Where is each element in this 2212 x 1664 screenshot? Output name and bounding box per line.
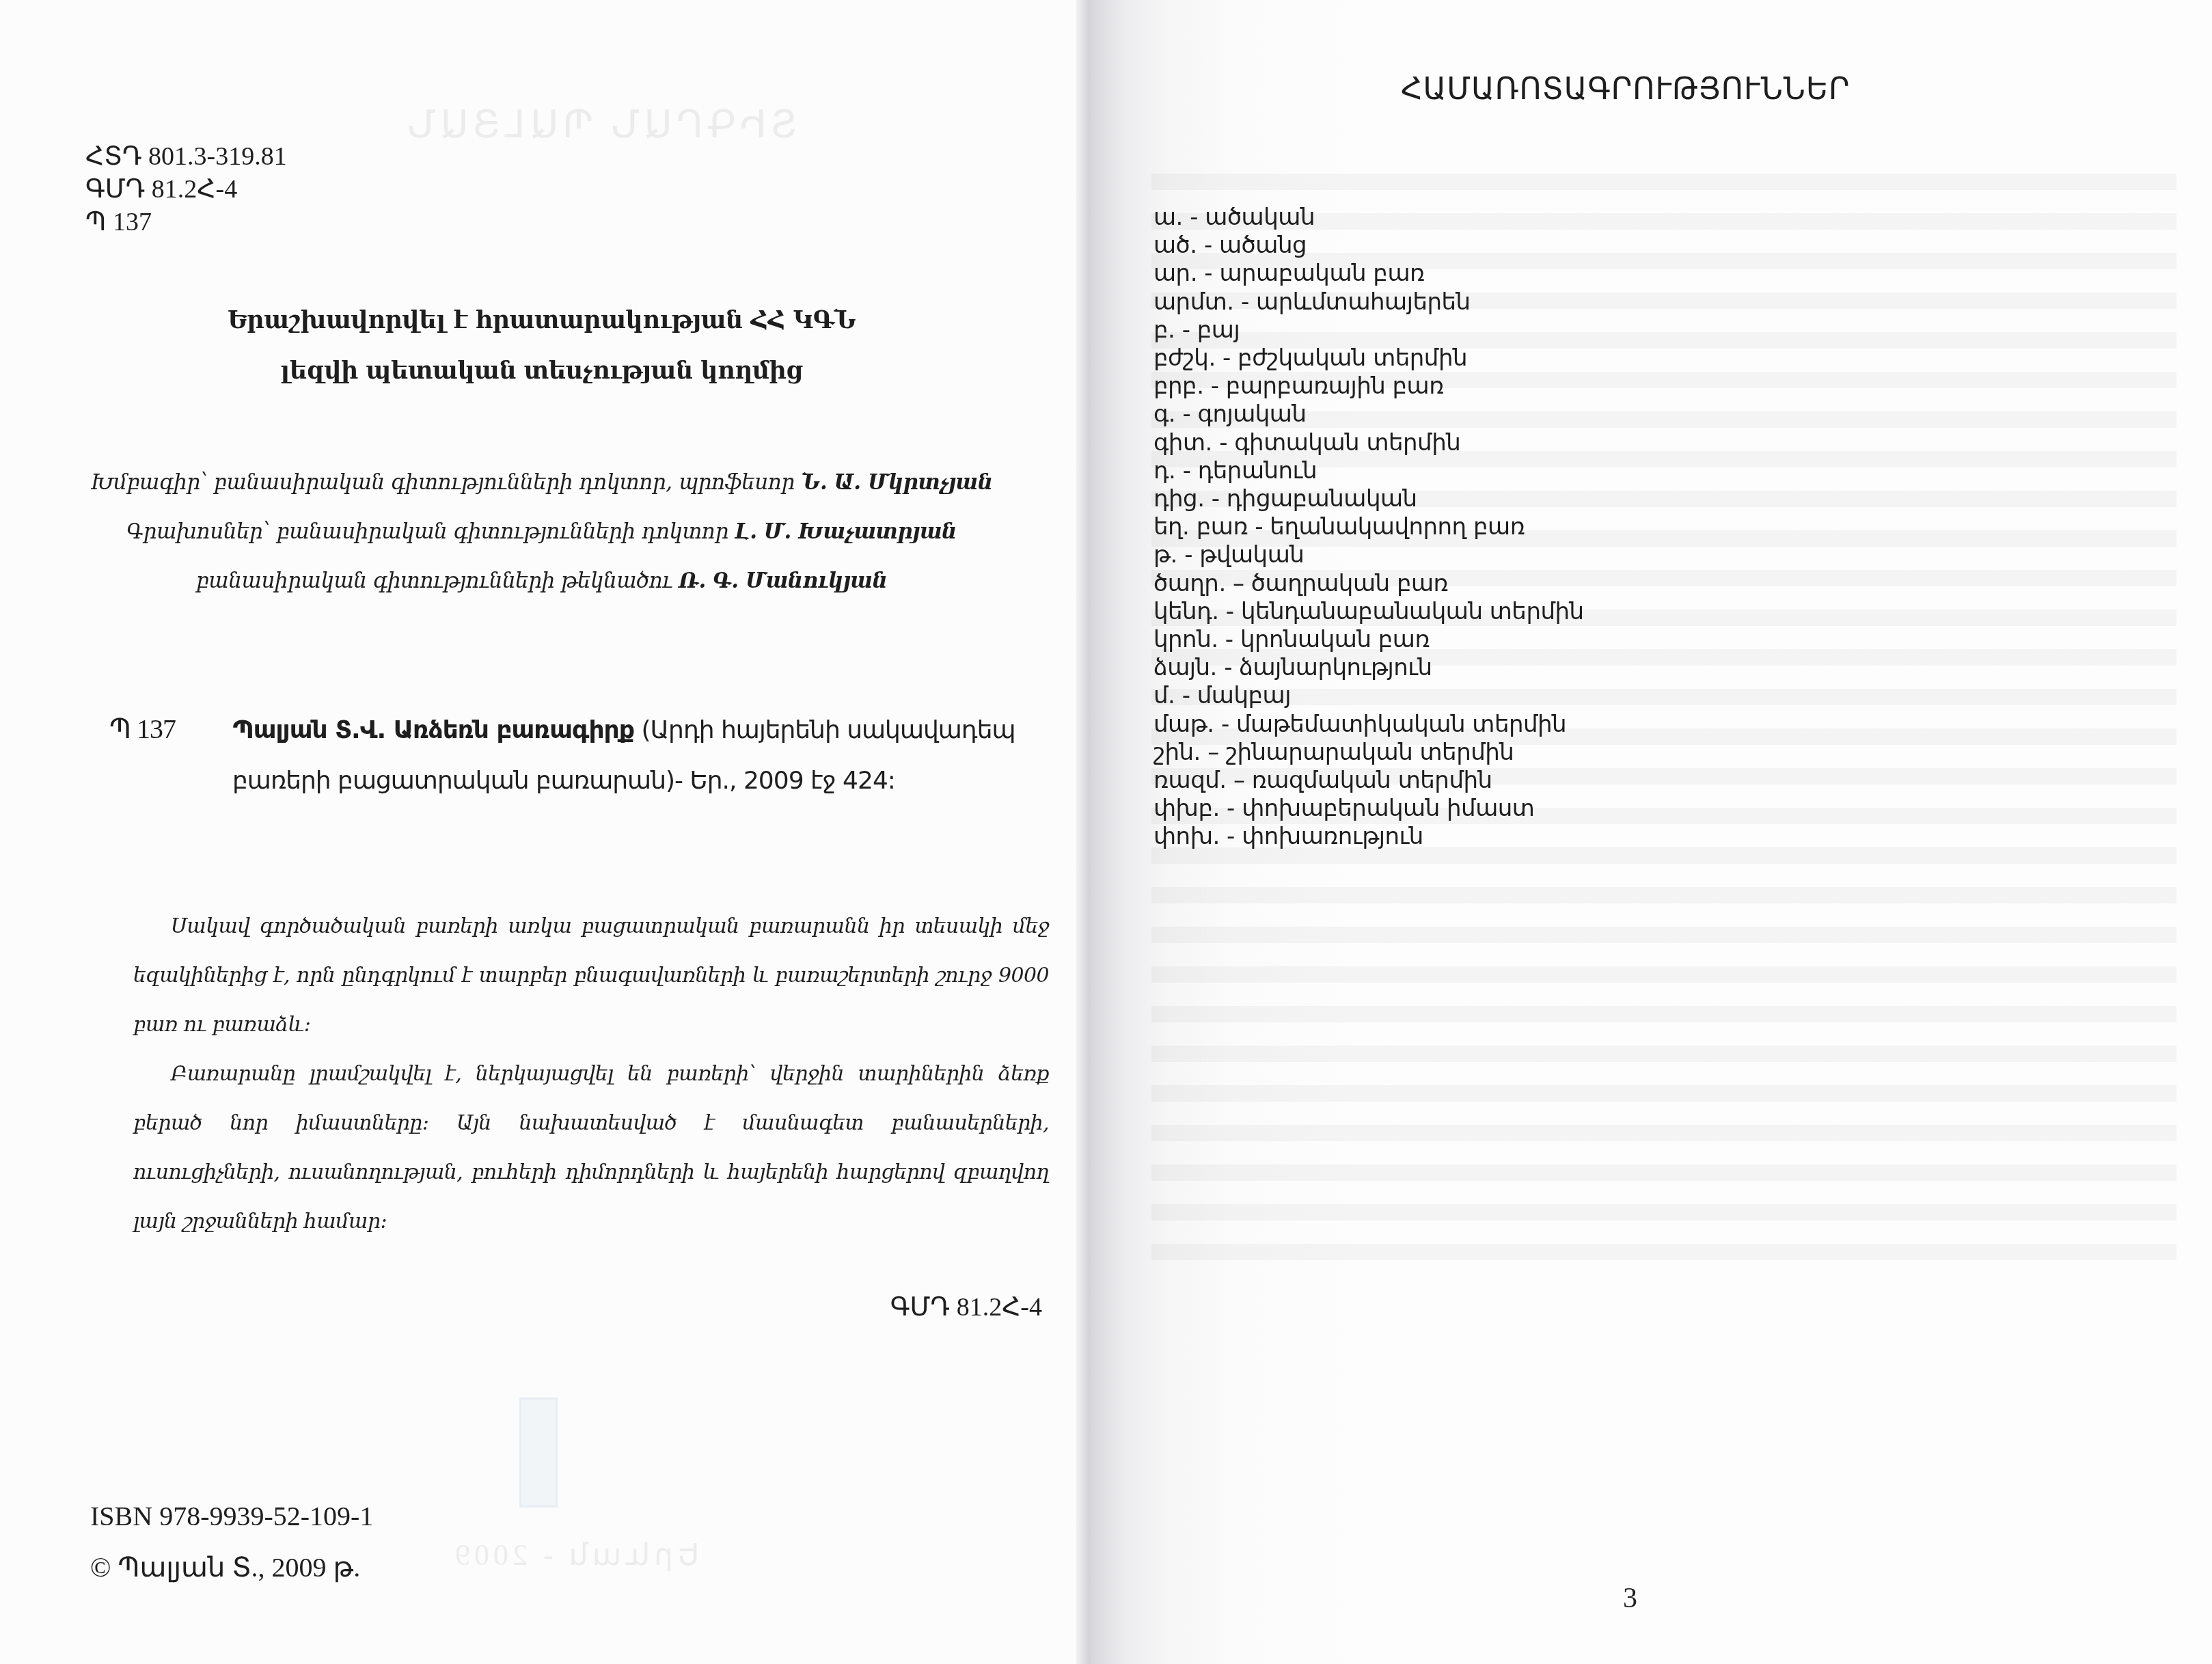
approval-line-1: Երաշխավորվել է հրատարակության ՀՀ ԿԳՆ	[0, 295, 1083, 346]
publisher-logo-bleed	[519, 1397, 558, 1508]
abbreviation: բ.	[1153, 316, 1175, 344]
abbreviation-item: բժշկ. - բժշկական տերմին	[1153, 344, 1584, 372]
abbreviation-item: ա. - ածական	[1153, 204, 1584, 232]
abbreviation-item: մաթ. - մաթեմատիկական տերմին	[1153, 711, 1584, 739]
abbreviation-meaning: փոխառություն	[1242, 823, 1423, 850]
reviewers-label: Գրախոսներ՝ բանասիրական գիտությունների դո…	[126, 519, 728, 544]
abbreviation-meaning: ծաղրական բառ	[1251, 570, 1448, 597]
page-number: 3	[1623, 1582, 1637, 1615]
abbreviation-dash: -	[1204, 485, 1226, 513]
abbreviation: գիտ.	[1153, 429, 1212, 456]
abbreviation-meaning: եղանակավորող բառ	[1270, 513, 1525, 541]
abbreviation-dash: -	[1248, 513, 1270, 541]
abbreviation-meaning: ձայնարկություն	[1239, 654, 1432, 681]
udc-code: ՀՏԴ 801.3-319.81	[85, 140, 287, 173]
abbreviation: մ.	[1153, 682, 1175, 709]
abbreviation-meaning: ածանց	[1219, 232, 1307, 259]
abbreviation: ար.	[1153, 260, 1197, 287]
abbreviations-heading: ՀԱՄԱՌՈՏԱԳՐՈՒԹՅՈՒՆՆԵՐ	[1401, 72, 1851, 107]
abbreviation-item: ար. - արաբական բառ	[1153, 260, 1584, 288]
abbreviation: դ.	[1153, 457, 1175, 485]
abbreviation: փոխ.	[1153, 823, 1220, 850]
abbreviation-dash: -	[1175, 682, 1197, 709]
bbk-code: ԳՄԴ 81.2Հ-4	[85, 173, 287, 206]
abbreviation-dash: -	[1212, 429, 1234, 456]
annotation: Սակավ գործածական բառերի առկա բացատրական …	[133, 902, 1049, 1246]
citation-code: Պ 137	[109, 704, 226, 754]
abbreviation-item: կենդ. - կենդանաբանական տերմին	[1153, 598, 1584, 626]
abbreviation-item: փխբ. - փոխաբերական իմաստ	[1153, 795, 1584, 823]
abbreviation-item: արմտ. - արևմտահայերեն	[1153, 288, 1584, 316]
copyright: © Պալյան Տ., 2009 թ.	[90, 1551, 360, 1583]
abbreviation-meaning: մաթեմատիկական տերմին	[1236, 711, 1566, 738]
abbreviations-list: ա. - ածականած. - ածանցար. - արաբական բառ…	[1153, 204, 1584, 851]
abbreviation: ձայն.	[1153, 654, 1217, 681]
abbreviation: կրոն.	[1153, 626, 1218, 653]
abbreviation-item: դ. - դերանուն	[1153, 457, 1584, 485]
abbreviation-meaning: կրոնական բառ	[1240, 626, 1430, 653]
abbreviation-dash: -	[1220, 795, 1242, 822]
abbreviation: ռազմ.	[1153, 767, 1227, 794]
abbreviation-meaning: դիցաբանական	[1227, 485, 1417, 513]
reviewer-2-credit: բանասիրական գիտությունների թեկնածու Ռ. Գ…	[0, 556, 1083, 605]
reviewer-1-name: Լ. Մ. Խաչատրյան	[735, 519, 957, 544]
abbreviation: թ.	[1153, 541, 1177, 569]
annotation-paragraph: Սակավ գործածական բառերի առկա բացատրական …	[133, 902, 1049, 1050]
reviewer-2-name: Ռ. Գ. Մանուկյան	[679, 569, 887, 593]
abbreviation-item: թ. - թվական	[1153, 541, 1584, 569]
abbreviation-item: ծաղր. – ծաղրական բառ	[1153, 570, 1584, 598]
abbreviation-item: եղ. բառ - եղանակավորող բառ	[1153, 513, 1584, 541]
abbreviation-dash: -	[1219, 598, 1241, 625]
abbreviation-item: ած. - ածանց	[1153, 232, 1584, 260]
abbreviation-dash: -	[1216, 344, 1238, 372]
abbreviation-meaning: բայ	[1197, 316, 1240, 344]
citation-subtitle: (Արդի հայերենի սակավադեպ	[641, 716, 1015, 744]
abbreviation-meaning: թվական	[1199, 541, 1304, 569]
catalog-codes: ՀՏԴ 801.3-319.81 ԳՄԴ 81.2Հ-4 Պ 137	[85, 140, 287, 238]
abbreviation: փխբ.	[1153, 795, 1220, 822]
approval-line-2: լեզվի պետական տեսչության կողմից	[0, 346, 1083, 396]
abbreviation-dash: -	[1203, 372, 1225, 400]
abbreviation-meaning: դերանուն	[1198, 457, 1317, 485]
abbreviation-dash: –	[1201, 739, 1226, 766]
abbreviation: գ.	[1153, 400, 1175, 428]
abbreviation-dash: -	[1183, 204, 1205, 231]
abbreviation-item: գ. - գոյական	[1153, 400, 1584, 428]
abbreviation-dash: -	[1217, 654, 1239, 681]
citation-title: Պալյան Տ.Վ. Առձեռն բառագիրք	[232, 716, 634, 744]
bibliographic-citation: Պ 137 Պալյան Տ.Վ. Առձեռն բառագիրք (Արդի …	[109, 704, 1015, 806]
abbreviation-dash: -	[1234, 288, 1256, 316]
abbreviation-meaning: ածական	[1205, 204, 1315, 231]
reviewer-2-label: բանասիրական գիտությունների թեկնածու	[196, 569, 672, 593]
abbreviation-item: դից. - դիցաբանական	[1153, 485, 1584, 513]
abbreviation: մաթ.	[1153, 711, 1214, 738]
abbreviation-meaning: փոխաբերական իմաստ	[1242, 795, 1534, 822]
bbk-code-bottom: ԳՄԴ 81.2Հ-4	[890, 1292, 1042, 1322]
abbreviation-meaning: արաբական բառ	[1219, 260, 1424, 287]
abbreviation-dash: -	[1197, 260, 1219, 287]
editor-name: Ն. Ա. Մկրտչյան	[801, 470, 992, 495]
abbreviation: բժշկ.	[1153, 344, 1216, 372]
abbreviation: ծաղր.	[1153, 570, 1226, 597]
abbreviation-dash: –	[1226, 570, 1251, 597]
abbreviation: շին.	[1153, 739, 1201, 766]
abbreviation-meaning: շինարարական տերմին	[1226, 739, 1514, 766]
abbreviation-item: ռազմ. – ռազմական տերմին	[1153, 767, 1584, 795]
abbreviation-meaning: արևմտահայերեն	[1256, 288, 1471, 316]
abbreviation: բրբ.	[1153, 372, 1203, 400]
abbreviation-dash: –	[1227, 767, 1252, 794]
abbreviation-item: բրբ. - բարբառային բառ	[1153, 372, 1584, 400]
abbreviation-dash: -	[1175, 457, 1197, 485]
abbreviation-dash: -	[1220, 823, 1242, 850]
book-gutter	[1076, 0, 1090, 1664]
abbreviation-dash: -	[1218, 626, 1240, 653]
editor-label: Խմբագիր՝ բանասիրական գիտությունների դոկտ…	[90, 470, 794, 495]
abbreviation-meaning: գիտական տերմին	[1234, 429, 1460, 456]
abbreviation: ած.	[1153, 232, 1197, 259]
left-page: ՏԻԳՐԱՆ ՊԱԼՅԱՆ ՀՏԴ 801.3-319.81 ԳՄԴ 81.2Հ…	[0, 0, 1083, 1664]
editor-credit: Խմբագիր՝ բանասիրական գիտությունների դոկտ…	[0, 458, 1083, 507]
citation-line-2: բառերի բացատրական բառարան)- Եր., 2009 էջ…	[109, 756, 1015, 806]
abbreviation: դից.	[1153, 485, 1204, 513]
abbreviation-item: շին. – շինարարական տերմին	[1153, 739, 1584, 767]
abbreviation-item: բ. - բայ	[1153, 316, 1584, 344]
book-spread: ՏԻԳՐԱՆ ՊԱԼՅԱՆ ՀՏԴ 801.3-319.81 ԳՄԴ 81.2Հ…	[0, 0, 2212, 1664]
annotation-paragraph: Բառարանը լրամշակվել է, ներկայացվել են բա…	[133, 1050, 1049, 1246]
reviewer-credit: Գրախոսներ՝ բանասիրական գիտությունների դո…	[0, 507, 1083, 556]
abbreviation-meaning: բժշկական տերմին	[1238, 344, 1467, 372]
abbreviation-dash: -	[1175, 400, 1197, 428]
abbreviation-item: փոխ. - փոխառություն	[1153, 823, 1584, 851]
abbreviation: եղ. բառ	[1153, 513, 1248, 541]
abbreviation-dash: -	[1175, 316, 1197, 344]
abbreviation-meaning: ռազմական տերմին	[1252, 767, 1492, 794]
abbreviation-dash: -	[1197, 232, 1219, 259]
author-mark: Պ 137	[85, 206, 287, 238]
bleed-through-author: ՏԻԳՐԱՆ ՊԱԼՅԱՆ	[403, 103, 797, 147]
credits: Խմբագիր՝ բանասիրական գիտությունների դոկտ…	[0, 458, 1083, 605]
abbreviation-meaning: գոյական	[1198, 400, 1307, 428]
abbreviation-item: ձայն. - ձայնարկություն	[1153, 654, 1584, 682]
abbreviation: կենդ.	[1153, 598, 1219, 625]
abbreviation-item: մ. - մակբայ	[1153, 682, 1584, 710]
abbreviation-meaning: մակբայ	[1197, 682, 1291, 709]
abbreviation: ա.	[1153, 204, 1183, 231]
abbreviation-item: կրոն. - կրոնական բառ	[1153, 626, 1584, 654]
approval-note: Երաշխավորվել է հրատարակության ՀՀ ԿԳՆ լեզ…	[0, 295, 1083, 396]
abbreviation: արմտ.	[1153, 288, 1234, 316]
bleed-through-caption: Երևան - 2009	[451, 1538, 699, 1572]
abbreviation-item: գիտ. - գիտական տերմին	[1153, 429, 1584, 457]
abbreviation-dash: -	[1177, 541, 1199, 569]
isbn: ISBN 978-9939-52-109-1	[90, 1500, 373, 1532]
abbreviation-meaning: կենդանաբանական տերմին	[1241, 598, 1584, 625]
abbreviation-meaning: բարբառային բառ	[1226, 372, 1444, 400]
abbreviation-dash: -	[1214, 711, 1236, 738]
